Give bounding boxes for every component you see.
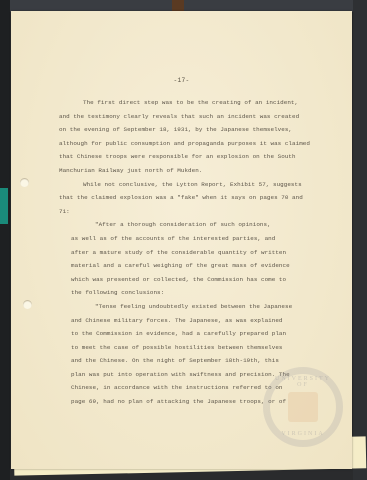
text-line: While not conclusive, the Lytton Report,… <box>59 178 323 192</box>
text-line: that the claimed explosion was a "fake" … <box>59 191 323 205</box>
punch-hole <box>20 178 29 187</box>
page-number: -17- <box>11 77 352 84</box>
document-page: -17- The first direct step was to be the… <box>11 11 352 469</box>
quote-line: to the Commission in evidence, had a car… <box>59 327 323 341</box>
quote-line: which was presented or collected, the Co… <box>59 273 323 287</box>
text-line: although for public consumption and prop… <box>59 137 323 151</box>
university-seal-watermark: UNIVERSITY OF VIRGINIA <box>263 367 343 447</box>
text-line: that Chinese troops were responsible for… <box>59 150 323 164</box>
seal-bottom-text: VIRGINIA <box>270 431 336 437</box>
quote-line: "After a thorough consideration of such … <box>59 218 323 232</box>
text-line: The first direct step was to be the crea… <box>59 96 323 110</box>
text-line: 71: <box>59 205 323 219</box>
text-line: Manchurian Railway just north of Mukden. <box>59 164 323 178</box>
text-line: and the testimony clearly reveals that s… <box>59 110 323 124</box>
quote-line: to meet the case of possible hostilities… <box>59 341 323 355</box>
quote-line: after a mature study of the considerable… <box>59 246 323 260</box>
scanner-background-right <box>353 0 367 480</box>
quote-line: as well as of the accounts of the intere… <box>59 232 323 246</box>
quote-line: and the Chinese. On the night of Septemb… <box>59 354 323 368</box>
text-line: on the evening of September 18, 1931, by… <box>59 123 323 137</box>
punch-hole <box>23 300 32 309</box>
color-tab <box>0 188 8 224</box>
scanner-background-left <box>0 0 10 480</box>
seal-emblem <box>288 392 318 422</box>
quote-line: "Tense feeling undoubtedly existed betwe… <box>59 300 323 314</box>
seal-top-text: UNIVERSITY OF <box>270 376 336 388</box>
quote-line: the following conclusions: <box>59 286 323 300</box>
quote-line: and Chinese military forces. The Japanes… <box>59 314 323 328</box>
quote-line: material and a careful weighing of the g… <box>59 259 323 273</box>
document-body: The first direct step was to be the crea… <box>59 96 323 409</box>
